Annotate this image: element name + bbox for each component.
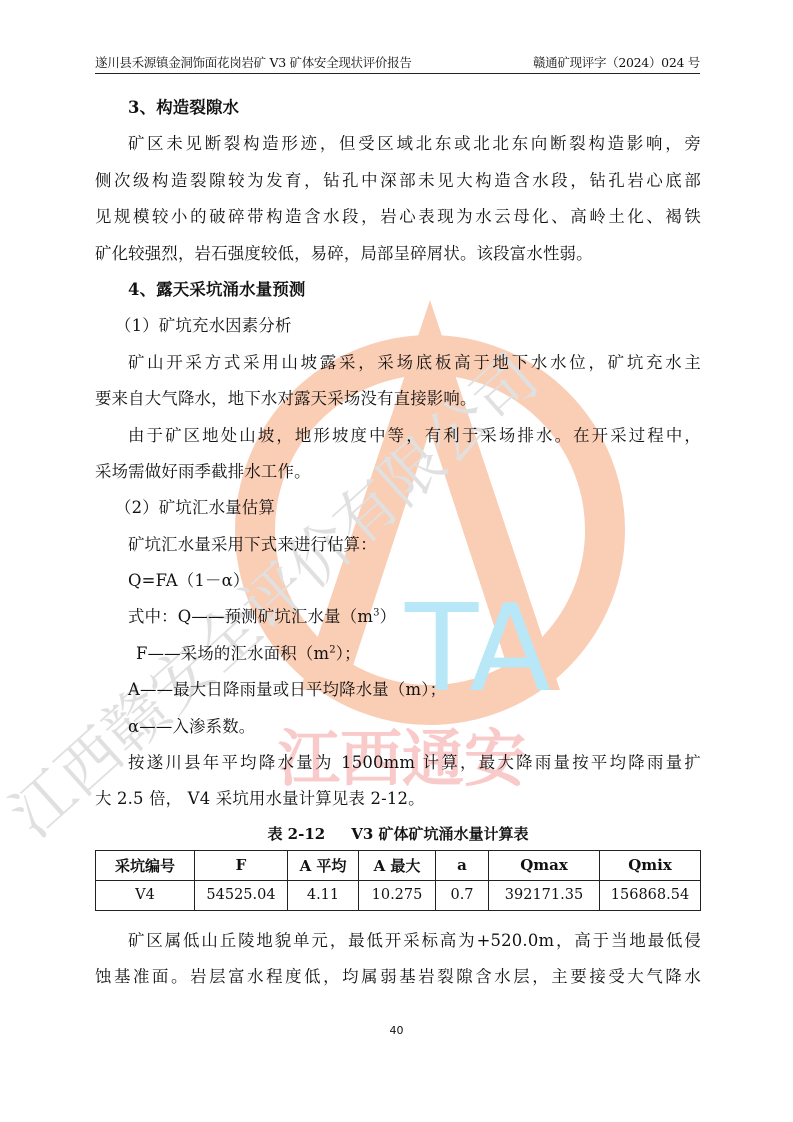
- table-caption-number: 表 2-12: [267, 825, 325, 843]
- page-content: 3、构造裂隙水 矿区未见断裂构造形迹，但受区域北东或北北东向断裂构造影响，旁 侧…: [95, 90, 701, 996]
- paragraph-line: 采场需做好雨季截排水工作。: [95, 454, 701, 490]
- col-header-a: a: [436, 850, 489, 880]
- table-row: V4 54525.04 4.11 10.275 0.7 392171.35 15…: [96, 880, 701, 910]
- col-header-pit-id: 采坑编号: [96, 850, 195, 880]
- definition-alpha: α——入渗系数。: [95, 709, 701, 745]
- col-header-qmax: Qmax: [489, 850, 600, 880]
- paragraph-line: 见规模较小的破碎带构造含水段，岩心表现为水云母化、高岭土化、褐铁: [95, 199, 701, 235]
- cell: 54525.04: [195, 880, 288, 910]
- definition-q-text: 式中：Q——预测矿坑汇水量（m: [128, 607, 373, 626]
- cell: 10.275: [359, 880, 436, 910]
- definition-q: 式中：Q——预测矿坑汇水量（m3）: [95, 599, 701, 635]
- formula: Q=FA（1－α）: [95, 563, 701, 599]
- definition-f-text: F——采场的汇水面积（m: [136, 644, 329, 663]
- paragraph-line: 矿化较强烈，岩石强度较低，易碎，局部呈碎屑状。该段富水性弱。: [95, 236, 701, 272]
- paragraph-line: 大 2.5 倍， V4 采坑用水量计算见表 2-12。: [95, 781, 701, 817]
- definition-a: A——最大日降雨量或日平均降水量（m）；: [95, 672, 701, 708]
- paragraph-line: 侧次级构造裂隙较为发育，钻孔中深部未见大构造含水段，钻孔岩心底部: [95, 163, 701, 199]
- page-number: 40: [0, 1024, 793, 1037]
- definition-f: F——采场的汇水面积（m2）；: [95, 636, 701, 672]
- paragraph-line: 蚀基准面。岩层富水程度低，均属弱基岩裂隙含水层，主要接受大气降水: [95, 959, 701, 995]
- paragraph-line: 矿区属低山丘陵地貌单元，最低开采标高为+520.0m，高于当地最低侵: [95, 923, 701, 959]
- paragraph-line: 矿山开采方式采用山坡露采，采场底板高于地下水水位，矿坑充水主: [95, 345, 701, 381]
- paragraph-line: 矿区未见断裂构造形迹，但受区域北东或北北东向断裂构造影响，旁: [95, 126, 701, 162]
- col-header-qmix: Qmix: [600, 850, 701, 880]
- page-header: 遂川县禾源镇金洞饰面花岗岩矿 V3 矿体安全现状评价报告 赣通矿现评字（2024…: [95, 52, 700, 74]
- col-header-f: F: [195, 850, 288, 880]
- header-report-title: 遂川县禾源镇金洞饰面花岗岩矿 V3 矿体安全现状评价报告: [95, 53, 412, 71]
- subsection-1-heading: （1）矿坑充水因素分析: [95, 308, 701, 344]
- paragraph-line: 由于矿区地处山坡，地形坡度中等，有利于采场排水。在开采过程中，: [95, 418, 701, 454]
- table-header-row: 采坑编号 F A 平均 A 最大 a Qmax Qmix: [96, 850, 701, 880]
- paragraph-line: 按遂川县年平均降水量为 1500mm 计算，最大降雨量按平均降雨量扩: [95, 745, 701, 781]
- definition-q-end: ）: [380, 607, 397, 626]
- section-3-heading: 3、构造裂隙水: [95, 90, 701, 126]
- table-caption: 表 2-12V3 矿体矿坑涌水量计算表: [95, 818, 701, 850]
- cell: 156868.54: [600, 880, 701, 910]
- col-header-a-avg: A 平均: [288, 850, 359, 880]
- col-header-a-max: A 最大: [359, 850, 436, 880]
- formula-intro: 矿坑汇水量采用下式来进行估算：: [95, 527, 701, 563]
- definition-f-end: ）；: [336, 644, 361, 663]
- paragraph-line: 要来自大气降水，地下水对露天采场没有直接影响。: [95, 381, 701, 417]
- cell: 392171.35: [489, 880, 600, 910]
- subsection-2-heading: （2）矿坑汇水量估算: [95, 490, 701, 526]
- table-caption-title: V3 矿体矿坑涌水量计算表: [351, 825, 528, 843]
- cell: V4: [96, 880, 195, 910]
- water-inflow-table: 采坑编号 F A 平均 A 最大 a Qmax Qmix V4 54525.04…: [95, 850, 701, 911]
- cell: 4.11: [288, 880, 359, 910]
- cell: 0.7: [436, 880, 489, 910]
- section-4-heading: 4、露天采坑涌水量预测: [95, 272, 701, 308]
- header-document-number: 赣通矿现评字（2024）024 号: [533, 53, 700, 71]
